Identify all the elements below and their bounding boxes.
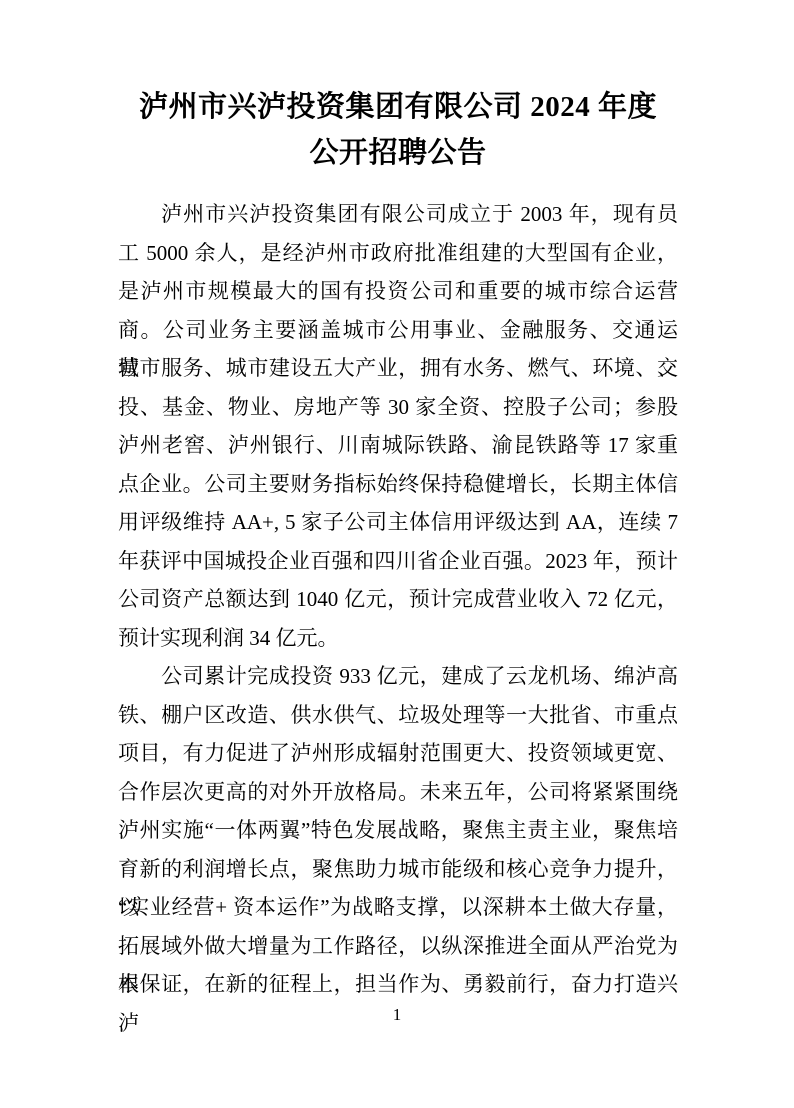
- document-title: 泸州市兴泸投资集团有限公司 2024 年度 公开招聘公告: [118, 84, 678, 176]
- body-line: 本保证，在新的征程上，担当作为、勇毅前行，奋力打造兴泸: [118, 965, 678, 1004]
- document-page: 泸州市兴泸投资集团有限公司 2024 年度 公开招聘公告 泸州市兴泸投资集团有限…: [0, 0, 794, 1108]
- body-line: 工 5000 余人，是经泸州市政府批准组建的大型国有企业，: [118, 234, 678, 273]
- body-line: 育新的利润增长点，聚焦助力城市能级和核心竞争力提升，以: [118, 850, 678, 889]
- body-line: 公司资产总额达到 1040 亿元，预计完成营业收入 72 亿元，: [118, 580, 678, 619]
- document-title-line-2: 公开招聘公告: [309, 137, 486, 169]
- body-line: 项目，有力促进了泸州形成辐射范围更大、投资领域更宽、: [118, 734, 678, 773]
- body-line: 预计实现利润 34 亿元。: [118, 619, 678, 658]
- body-line: 拓展域外做大增量为工作路径，以纵深推进全面从严治党为根: [118, 927, 678, 966]
- body-line: 合作层次更高的对外开放格局。未来五年，公司将紧紧围绕: [118, 773, 678, 812]
- paragraph-1: 泸州市兴泸投资集团有限公司成立于 2003 年，现有员 工 5000 余人，是经…: [118, 195, 678, 657]
- body-line: 用评级维持 AA+, 5 家子公司主体信用评级达到 AA，连续 7: [118, 503, 678, 542]
- body-line: 泸州市兴泸投资集团有限公司成立于 2003 年，现有员: [118, 195, 678, 234]
- body-line: 泸州实施“一体两翼”特色发展战略，聚焦主责主业，聚焦培: [118, 811, 678, 850]
- document-content: 泸州市兴泸投资集团有限公司 2024 年度 公开招聘公告 泸州市兴泸投资集团有限…: [118, 0, 678, 1004]
- page-number: 1: [0, 1004, 794, 1026]
- paragraph-2: 公司累计完成投资 933 亿元，建成了云龙机场、绵泸高 铁、棚户区改造、供水供气…: [118, 657, 678, 1004]
- body-line: 投、基金、物业、房地产等 30 家全资、控股子公司；参股: [118, 388, 678, 427]
- body-line: 铁、棚户区改造、供水供气、垃圾处理等一大批省、市重点: [118, 696, 678, 735]
- body-line: 公司累计完成投资 933 亿元，建成了云龙机场、绵泸高: [118, 657, 678, 696]
- body-line: 点企业。公司主要财务指标始终保持稳健增长，长期主体信: [118, 465, 678, 504]
- body-line: “实业经营+ 资本运作”为战略支撑，以深耕本土做大存量，: [118, 888, 678, 927]
- body-line: 年获评中国城投企业百强和四川省企业百强。2023 年，预计: [118, 542, 678, 581]
- document-body: 泸州市兴泸投资集团有限公司成立于 2003 年，现有员 工 5000 余人，是经…: [118, 195, 678, 1004]
- document-title-line-1: 泸州市兴泸投资集团有限公司 2024 年度: [139, 91, 657, 123]
- body-line: 泸州老窖、泸州银行、川南城际铁路、渝昆铁路等 17 家重: [118, 426, 678, 465]
- body-line: 城市服务、城市建设五大产业，拥有水务、燃气、环境、交: [118, 349, 678, 388]
- body-line: 商。公司业务主要涵盖城市公用事业、金融服务、交通运营、: [118, 311, 678, 350]
- body-line: 是泸州市规模最大的国有投资公司和重要的城市综合运营: [118, 272, 678, 311]
